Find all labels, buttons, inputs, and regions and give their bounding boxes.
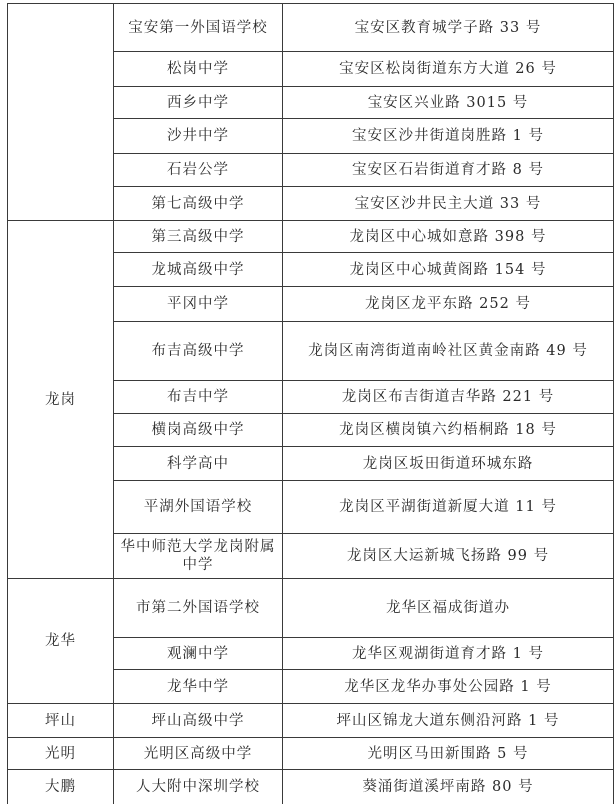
school-name-cell: 平湖外国语学校 [114, 481, 283, 534]
address-cell: 龙岗区中心城黄阁路 154 号 [283, 253, 614, 287]
school-name-cell: 石岩公学 [114, 154, 283, 187]
school-name-cell: 市第二外国语学校 [114, 579, 283, 638]
school-name-cell: 沙井中学 [114, 119, 283, 154]
school-name-cell: 松岗中学 [114, 52, 283, 87]
address-cell: 龙华区龙华办事处公园路 1 号 [283, 670, 614, 704]
school-table: 宝安第一外国语学校宝安区教育城学子路 33 号松岗中学宝安区松岗街道东方大道 2… [7, 3, 614, 804]
school-name-cell: 布吉中学 [114, 381, 283, 414]
address-cell: 龙岗区平湖街道新厦大道 11 号 [283, 481, 614, 534]
table-row: 坪山坪山高级中学坪山区锦龙大道东侧沿河路 1 号 [8, 704, 614, 738]
address-cell: 宝安区沙井民主大道 33 号 [283, 187, 614, 221]
address-cell: 龙岗区横岗镇六约梧桐路 18 号 [283, 414, 614, 447]
address-cell: 龙岗区大运新城飞扬路 99 号 [283, 534, 614, 579]
address-cell: 坪山区锦龙大道东侧沿河路 1 号 [283, 704, 614, 738]
school-name-cell: 坪山高级中学 [114, 704, 283, 738]
address-cell: 宝安区石岩街道育才路 8 号 [283, 154, 614, 187]
address-cell: 龙华区观湖街道育才路 1 号 [283, 638, 614, 670]
address-cell: 宝安区沙井街道岗胜路 1 号 [283, 119, 614, 154]
district-cell: 龙岗 [8, 221, 114, 579]
district-cell: 坪山 [8, 704, 114, 738]
school-name-cell: 科学高中 [114, 447, 283, 481]
address-cell: 龙岗区坂田街道环城东路 [283, 447, 614, 481]
school-name-cell: 西乡中学 [114, 87, 283, 119]
address-cell: 宝安区松岗街道东方大道 26 号 [283, 52, 614, 87]
district-cell [8, 4, 114, 221]
address-cell: 葵涌街道溪坪南路 80 号 [283, 770, 614, 804]
address-cell: 龙岗区布吉街道吉华路 221 号 [283, 381, 614, 414]
school-name-cell: 龙华中学 [114, 670, 283, 704]
district-cell: 龙华 [8, 579, 114, 704]
district-cell: 光明 [8, 738, 114, 770]
table-row: 大鹏人大附中深圳学校葵涌街道溪坪南路 80 号 [8, 770, 614, 804]
school-name-cell: 布吉高级中学 [114, 322, 283, 381]
school-name-cell: 华中师范大学龙岗附属中学 [114, 534, 283, 579]
table-row: 龙华市第二外国语学校龙华区福成街道办 [8, 579, 614, 638]
table-row: 宝安第一外国语学校宝安区教育城学子路 33 号 [8, 4, 614, 52]
school-name-cell: 人大附中深圳学校 [114, 770, 283, 804]
school-name-cell: 宝安第一外国语学校 [114, 4, 283, 52]
school-table-body: 宝安第一外国语学校宝安区教育城学子路 33 号松岗中学宝安区松岗街道东方大道 2… [8, 4, 614, 804]
address-cell: 龙岗区南湾街道南岭社区黄金南路 49 号 [283, 322, 614, 381]
address-cell: 光明区马田新围路 5 号 [283, 738, 614, 770]
address-cell: 龙华区福成街道办 [283, 579, 614, 638]
school-name-cell: 龙城高级中学 [114, 253, 283, 287]
school-name-cell: 第七高级中学 [114, 187, 283, 221]
address-cell: 龙岗区中心城如意路 398 号 [283, 221, 614, 253]
school-name-cell: 第三高级中学 [114, 221, 283, 253]
school-name-cell: 平冈中学 [114, 287, 283, 322]
address-cell: 宝安区教育城学子路 33 号 [283, 4, 614, 52]
school-name-cell: 光明区高级中学 [114, 738, 283, 770]
school-name-cell: 观澜中学 [114, 638, 283, 670]
district-cell: 大鹏 [8, 770, 114, 804]
address-cell: 宝安区兴业路 3015 号 [283, 87, 614, 119]
address-cell: 龙岗区龙平东路 252 号 [283, 287, 614, 322]
school-name-cell: 横岗高级中学 [114, 414, 283, 447]
table-row: 龙岗第三高级中学龙岗区中心城如意路 398 号 [8, 221, 614, 253]
table-row: 光明光明区高级中学光明区马田新围路 5 号 [8, 738, 614, 770]
